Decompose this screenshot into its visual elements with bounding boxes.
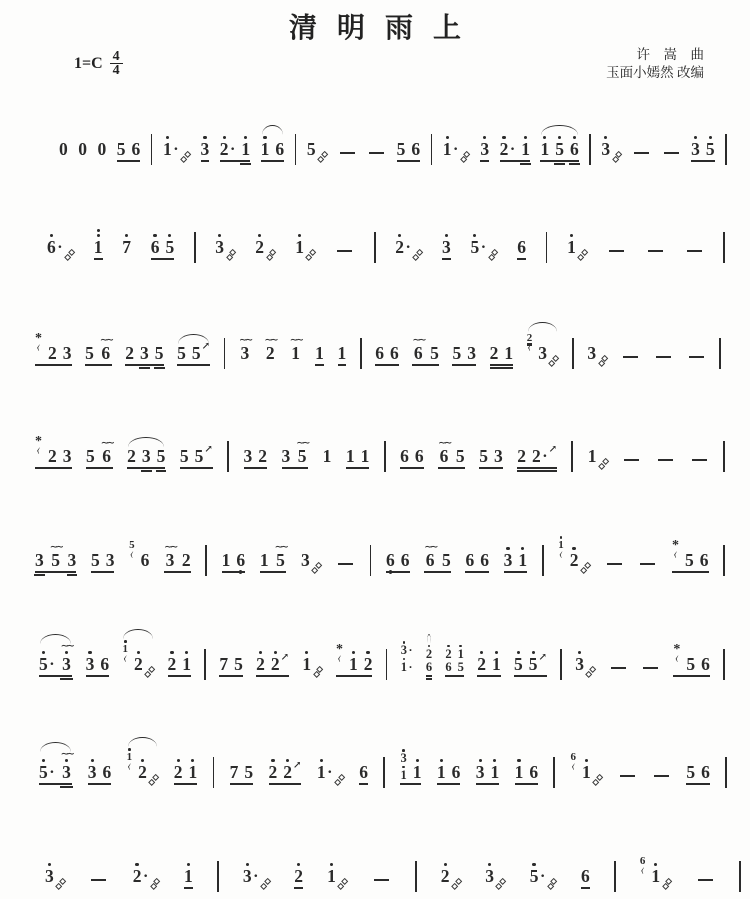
note-column: 3 bbox=[86, 651, 95, 673]
note: 2↗ bbox=[271, 651, 289, 673]
note-cell: 1· bbox=[317, 759, 344, 781]
note-digit: 5 bbox=[51, 552, 60, 569]
note: 6 bbox=[102, 764, 111, 781]
note-cell: ∼∼6 bbox=[412, 339, 424, 362]
barline bbox=[723, 232, 725, 263]
barline bbox=[370, 545, 372, 576]
note-digit: 3 bbox=[166, 552, 175, 569]
note-cell: 1 bbox=[94, 229, 103, 256]
slur-arc bbox=[128, 737, 158, 747]
duration-dot: · bbox=[49, 765, 54, 781]
vibrato-ornament-icon bbox=[335, 775, 344, 785]
note-digit: 2 bbox=[134, 656, 143, 673]
note-cell: 6 bbox=[100, 656, 109, 673]
note-digit: 3 bbox=[244, 448, 253, 465]
note-cell: 6 bbox=[517, 239, 526, 256]
note: 6 bbox=[236, 552, 245, 569]
note-column: 5 bbox=[479, 448, 488, 465]
barline bbox=[386, 649, 388, 680]
note-group: 1 bbox=[566, 234, 588, 264]
tremolo-mark: ∼∼ bbox=[264, 338, 276, 344]
note-group: *‹56 bbox=[671, 541, 710, 577]
note: 3 bbox=[244, 448, 253, 465]
score-line-6: 5·∼∼3361‹2217522↗1*‹123·1·2626152155↗3*‹… bbox=[38, 627, 726, 681]
tremolo-mark: ∼∼ bbox=[438, 441, 450, 447]
note-group: 16 bbox=[221, 552, 247, 577]
note-cell: 2·↗ bbox=[532, 448, 557, 465]
score-line-5: 3∼∼53535‹6∼∼32161∼∼5366∼∼6566311‹2*‹56 bbox=[34, 523, 726, 577]
grace-note: 6‹ bbox=[571, 752, 577, 770]
note: 2 bbox=[48, 448, 57, 465]
vibrato-ornament-icon bbox=[663, 879, 672, 889]
note-column: 6 bbox=[401, 552, 410, 569]
note: 3 bbox=[63, 345, 72, 362]
note-group: 22↗ bbox=[255, 651, 290, 681]
barline bbox=[384, 441, 386, 472]
note-group: 1‹2 bbox=[557, 536, 591, 577]
note: 3 bbox=[68, 552, 77, 569]
note-column: 5 bbox=[452, 345, 461, 362]
note: 1 bbox=[260, 552, 269, 569]
note: 6· bbox=[47, 234, 74, 256]
note-column: 3 bbox=[301, 552, 310, 569]
note-column: 5 bbox=[471, 234, 480, 256]
note-column: 2 bbox=[255, 234, 264, 256]
note-cell: 2 bbox=[258, 448, 267, 465]
extra-underline bbox=[60, 678, 74, 680]
note-group: 5·∼∼3 bbox=[38, 645, 73, 681]
note: 6 bbox=[700, 552, 709, 569]
note: 2 bbox=[174, 759, 183, 781]
barline bbox=[295, 134, 297, 165]
credits: 许 嵩 曲 玉面小嫣然 改编 bbox=[606, 46, 704, 82]
note-column: ∼∼3 bbox=[61, 753, 73, 781]
note-cell: 1 bbox=[361, 448, 370, 465]
note-digit: 5 bbox=[686, 764, 695, 781]
note: 2 bbox=[256, 651, 265, 673]
note: 2 bbox=[517, 448, 526, 465]
note-group: 5‹6 bbox=[128, 540, 150, 577]
note-digit: 2 bbox=[490, 345, 499, 362]
note-group: 3 bbox=[574, 651, 596, 681]
note-cell: 6 bbox=[581, 868, 590, 885]
note-cell: 2 bbox=[570, 547, 590, 569]
note: 0 bbox=[78, 141, 87, 158]
duration-dot: · bbox=[406, 240, 411, 256]
note: 3 bbox=[442, 234, 451, 256]
note-group: 5 bbox=[306, 141, 328, 166]
grace-note: *‹ bbox=[673, 645, 680, 662]
grace-note: 1‹ bbox=[127, 748, 133, 770]
note-column: 3 bbox=[140, 345, 149, 362]
note-digit: 5 bbox=[530, 868, 539, 885]
grace-note: *‹ bbox=[35, 437, 42, 454]
dash-rest bbox=[656, 356, 671, 358]
note-digit: 2 bbox=[125, 345, 134, 362]
note-cell: 1 bbox=[338, 345, 347, 362]
note-cell: 3 bbox=[282, 448, 291, 465]
note-column: 2 bbox=[426, 645, 432, 660]
note-column: 2 bbox=[517, 448, 526, 465]
note: 6 bbox=[517, 239, 526, 256]
note-cell: 1· bbox=[401, 658, 413, 673]
extra-underline bbox=[141, 470, 152, 472]
note: 6 bbox=[570, 136, 579, 158]
note-column: 2 bbox=[134, 651, 143, 673]
note: 6 bbox=[415, 448, 424, 465]
grace-note: 5‹ bbox=[129, 540, 135, 558]
note-column: 6 bbox=[275, 141, 284, 158]
note: 1 bbox=[182, 651, 191, 673]
tremolo-mark: ∼∼ bbox=[61, 752, 73, 758]
note: 1 bbox=[588, 448, 608, 465]
note-cell: 5· bbox=[530, 863, 557, 885]
note-cell: 3 bbox=[504, 547, 513, 569]
note-cell: 3 bbox=[88, 759, 97, 781]
note: 1 bbox=[437, 759, 446, 781]
note-cell: 1 bbox=[582, 759, 602, 781]
dash-rest bbox=[607, 563, 622, 565]
song-title: 清明雨上 bbox=[0, 6, 750, 46]
note-digit: 1 bbox=[437, 764, 446, 781]
note-group: 66 bbox=[464, 552, 490, 577]
note: 1 bbox=[323, 448, 332, 465]
note-group: 2 bbox=[293, 863, 304, 893]
note: 3· bbox=[243, 863, 270, 885]
note-column: 1 bbox=[182, 651, 191, 673]
note: 5 bbox=[91, 552, 100, 569]
note-column: 6 bbox=[426, 662, 432, 674]
note: 5· bbox=[471, 234, 498, 256]
duration-dot: · bbox=[253, 869, 258, 885]
note-digit: 2 bbox=[48, 345, 57, 362]
dash-rest bbox=[689, 356, 704, 358]
chord-note: 3·1· bbox=[401, 641, 413, 673]
note: 2 bbox=[127, 448, 136, 465]
note-column: 3 bbox=[494, 448, 503, 465]
note-cell: 5 bbox=[155, 345, 164, 362]
note-cell: 0 bbox=[59, 141, 68, 158]
note-digit: 5 bbox=[180, 448, 189, 465]
note: 5 bbox=[165, 234, 174, 256]
note-digit: 3 bbox=[467, 345, 476, 362]
vibrato-ornament-icon bbox=[261, 879, 270, 889]
note: 1· bbox=[443, 136, 470, 158]
note-cell: 1 bbox=[492, 651, 501, 673]
note-digit: 3 bbox=[587, 345, 596, 362]
note-cell: 2 bbox=[256, 651, 265, 673]
grace-hook-icon: ‹ bbox=[338, 652, 342, 664]
chord-stack: 31 bbox=[400, 749, 406, 781]
duration-dot: · bbox=[409, 645, 413, 656]
note-digit: 6 bbox=[47, 239, 56, 256]
note-group: 2615 bbox=[444, 645, 465, 681]
note-digit: 6 bbox=[517, 239, 526, 256]
note-digit: 2 bbox=[48, 448, 57, 465]
dash-rest bbox=[91, 879, 106, 881]
note-cell: 1 bbox=[349, 651, 358, 673]
note-digit: 5 bbox=[397, 141, 406, 158]
slur-arc bbox=[427, 634, 431, 644]
note: 6 bbox=[701, 656, 710, 673]
barline bbox=[431, 134, 433, 165]
extra-underline bbox=[554, 163, 565, 165]
note-column: 1 bbox=[295, 234, 304, 256]
tremolo-mark: ∼∼ bbox=[290, 338, 302, 344]
note-cell: 1 bbox=[346, 448, 355, 465]
chord-note: 31 bbox=[400, 749, 406, 781]
note-cell: ∼∼5 bbox=[50, 546, 62, 569]
note-column: 6 bbox=[701, 764, 710, 781]
note-column: 6 bbox=[151, 234, 160, 256]
note-cell: ∼∼6 bbox=[438, 442, 450, 465]
note-group: 21 bbox=[476, 651, 502, 681]
note-column: 1 bbox=[94, 229, 103, 256]
note: 5↗ bbox=[192, 345, 210, 362]
note-digit: 2 bbox=[271, 656, 280, 673]
barline bbox=[383, 757, 385, 788]
note: 6 bbox=[359, 764, 368, 781]
note-cell: 6 bbox=[445, 662, 451, 674]
vibrato-ornament-icon bbox=[489, 250, 498, 260]
note-digit: 2 bbox=[138, 764, 147, 781]
note-column: 0 bbox=[98, 141, 107, 158]
note-group: 0 bbox=[77, 141, 88, 166]
barline bbox=[542, 545, 544, 576]
note-group: 21 bbox=[167, 651, 193, 681]
note-cell: 3 bbox=[215, 234, 235, 256]
note-cell: 3 bbox=[35, 552, 44, 569]
score-line-2: 6·17653212·35·61 bbox=[46, 210, 726, 264]
note-cell: 5 bbox=[686, 764, 695, 781]
note-digit: 5 bbox=[276, 552, 285, 569]
note-column: 6 bbox=[700, 552, 709, 569]
note-cell: 1 bbox=[295, 234, 315, 256]
note-group: 55↗ bbox=[179, 448, 214, 473]
note-cell: 1 bbox=[518, 547, 527, 569]
note-digit: 5 bbox=[234, 656, 243, 673]
note-group: ∼∼32 bbox=[163, 546, 192, 577]
note: 6 bbox=[151, 234, 160, 256]
note-column: 6 bbox=[141, 552, 150, 569]
note-column: 1 bbox=[302, 651, 311, 673]
note-cell: 2 bbox=[125, 345, 134, 362]
note-cell: 1 bbox=[515, 759, 524, 781]
note-cell: 5 bbox=[706, 136, 715, 158]
note-cell: 3 bbox=[442, 234, 451, 256]
note: 1 bbox=[361, 448, 370, 465]
note-group: 1 bbox=[337, 345, 348, 370]
note: 3 bbox=[485, 863, 505, 885]
note: ∼∼6 bbox=[438, 442, 450, 465]
note-column: 2 bbox=[570, 547, 579, 569]
note-column: 2 bbox=[445, 645, 451, 660]
note: 0 bbox=[98, 141, 107, 158]
note-column: 3 bbox=[691, 136, 700, 158]
note: 6 bbox=[581, 868, 590, 885]
note-digit: 6 bbox=[359, 764, 368, 781]
note-group: 6· bbox=[46, 234, 75, 264]
note-cell: ∼∼6 bbox=[424, 546, 436, 569]
note-column: 2 bbox=[220, 136, 229, 158]
tremolo-mark: ∼∼ bbox=[412, 338, 424, 344]
note-group: 3 bbox=[479, 136, 490, 166]
note-cell: ∼∼5 bbox=[296, 442, 308, 465]
vibrato-ornament-icon bbox=[548, 879, 557, 889]
vibrato-ornament-icon bbox=[599, 459, 608, 469]
note-digit: 5 bbox=[442, 552, 451, 569]
note: 1 bbox=[338, 345, 347, 362]
note: 2 bbox=[258, 448, 267, 465]
note-column: 5 bbox=[117, 141, 126, 158]
note-cell: 5 bbox=[157, 448, 166, 465]
note-cell: ∼∼3 bbox=[164, 546, 176, 569]
slur-arc bbox=[40, 742, 71, 752]
note-cell: 3 bbox=[575, 651, 595, 673]
note-group: 156 bbox=[539, 136, 579, 166]
note: 1 bbox=[349, 651, 358, 673]
note-digit: 3 bbox=[243, 868, 252, 885]
note-group: 2· bbox=[132, 863, 161, 893]
note-cell: 5 bbox=[458, 662, 464, 674]
note-column: 6 bbox=[480, 552, 489, 569]
note: 3 bbox=[45, 863, 65, 885]
note: 2 bbox=[182, 552, 191, 569]
note-column: 2 bbox=[127, 448, 136, 465]
note-group: 1 bbox=[301, 651, 323, 681]
dash-rest bbox=[340, 152, 355, 154]
vibrato-ornament-icon bbox=[145, 667, 154, 677]
note-column: 5 bbox=[165, 234, 174, 256]
barline bbox=[194, 232, 196, 263]
note: 1· bbox=[163, 136, 190, 158]
note-cell: 2· bbox=[133, 863, 160, 885]
vibrato-ornament-icon bbox=[312, 563, 321, 573]
note-cell: 5 bbox=[177, 345, 186, 362]
note: 2 bbox=[48, 345, 57, 362]
note-column: ∼∼6 bbox=[101, 442, 113, 465]
barline bbox=[151, 134, 153, 165]
note-digit: 3 bbox=[140, 345, 149, 362]
note: 3 bbox=[476, 759, 485, 781]
dash-rest bbox=[623, 356, 638, 358]
note-digit: 6 bbox=[415, 448, 424, 465]
note-group: 5∼∼6 bbox=[84, 339, 113, 370]
note-cell: 5 bbox=[244, 764, 253, 781]
note-cell: 6 bbox=[400, 448, 409, 465]
note-column: 1 bbox=[437, 759, 446, 781]
note-cell: 1 bbox=[651, 863, 671, 885]
note: 5 bbox=[685, 552, 694, 569]
note-group: 75 bbox=[218, 656, 244, 681]
note-column: 3 bbox=[35, 552, 44, 569]
note-column: 3 bbox=[243, 863, 252, 885]
duration-dot: · bbox=[143, 869, 148, 885]
note: 6 bbox=[386, 552, 395, 569]
note-column: 6 bbox=[411, 141, 420, 158]
note: 1 bbox=[295, 234, 315, 256]
note-column: 3 bbox=[215, 234, 224, 256]
note: 3 bbox=[538, 345, 558, 362]
note-digit: 3 bbox=[485, 868, 494, 885]
barline bbox=[723, 545, 725, 576]
note: 5 bbox=[157, 448, 166, 465]
note: ∼∼6 bbox=[100, 339, 112, 362]
note-column: 3 bbox=[282, 448, 291, 465]
note-digit: 2 bbox=[133, 868, 142, 885]
grace-hook-icon: ‹ bbox=[37, 444, 41, 456]
note-column: 2 bbox=[490, 345, 499, 362]
note-digit: 6 bbox=[401, 552, 410, 569]
dash-rest bbox=[611, 667, 626, 669]
note-column: 1 bbox=[184, 863, 193, 885]
note: 5 bbox=[442, 552, 451, 569]
note-cell: 6 bbox=[426, 662, 432, 674]
note-column: 6 bbox=[359, 764, 368, 781]
note-digit: 5 bbox=[529, 656, 538, 673]
note-cell: 2 bbox=[138, 759, 158, 781]
note: 5 bbox=[155, 345, 164, 362]
note-column: 5 bbox=[456, 448, 465, 465]
note-group: 35 bbox=[690, 136, 716, 166]
glissando-up-icon: ↗ bbox=[549, 444, 557, 455]
duration-dot: · bbox=[481, 240, 486, 256]
note-cell: 2· bbox=[395, 234, 422, 256]
note-column: 1 bbox=[346, 448, 355, 465]
note-cell: 5 bbox=[685, 552, 694, 569]
note-digit: 0 bbox=[59, 141, 68, 158]
note-digit: 2 bbox=[532, 448, 541, 465]
note-column: 0 bbox=[78, 141, 87, 158]
note-column: 3 bbox=[401, 641, 407, 656]
note-column: 1 bbox=[540, 136, 549, 158]
note-digit: 2 bbox=[570, 552, 579, 569]
note: 5 bbox=[117, 141, 126, 158]
duration-dot: · bbox=[49, 657, 54, 673]
note-cell: 6 bbox=[415, 448, 424, 465]
note-cell: ∼∼3 bbox=[61, 645, 73, 673]
note: 6 bbox=[275, 141, 284, 158]
note-column: 1 bbox=[261, 136, 270, 158]
note-column: 2 bbox=[133, 863, 142, 885]
note-cell: 5↗ bbox=[192, 345, 210, 362]
note: 3 bbox=[106, 552, 115, 569]
barline bbox=[204, 649, 206, 680]
note-digit: 5 bbox=[85, 345, 94, 362]
note-digit: 5 bbox=[165, 239, 174, 256]
note-column: 3 bbox=[68, 552, 77, 569]
note-group: 6 bbox=[580, 868, 591, 893]
note-digit: 5 bbox=[458, 662, 464, 674]
note-digit: 2 bbox=[395, 239, 404, 256]
note-cell: 1 bbox=[302, 651, 322, 673]
note-digit: 1 bbox=[588, 448, 597, 465]
note-column: 3 bbox=[63, 448, 72, 465]
note: ∼∼3 bbox=[164, 546, 176, 569]
note-group: 1‹2 bbox=[126, 748, 160, 789]
note-digit: 3 bbox=[62, 764, 71, 781]
note: ∼∼5 bbox=[275, 546, 287, 569]
note: 5 bbox=[479, 448, 488, 465]
note: 5 bbox=[177, 345, 186, 362]
note-group: 3 bbox=[44, 863, 66, 893]
note-group: 5·∼∼3 bbox=[38, 753, 73, 789]
note-cell: ∼∼3 bbox=[61, 753, 73, 781]
note-digit: 3 bbox=[35, 552, 44, 569]
barline bbox=[227, 441, 229, 472]
note-column: 6 bbox=[100, 656, 109, 673]
note-group: 22·↗ bbox=[516, 448, 558, 473]
